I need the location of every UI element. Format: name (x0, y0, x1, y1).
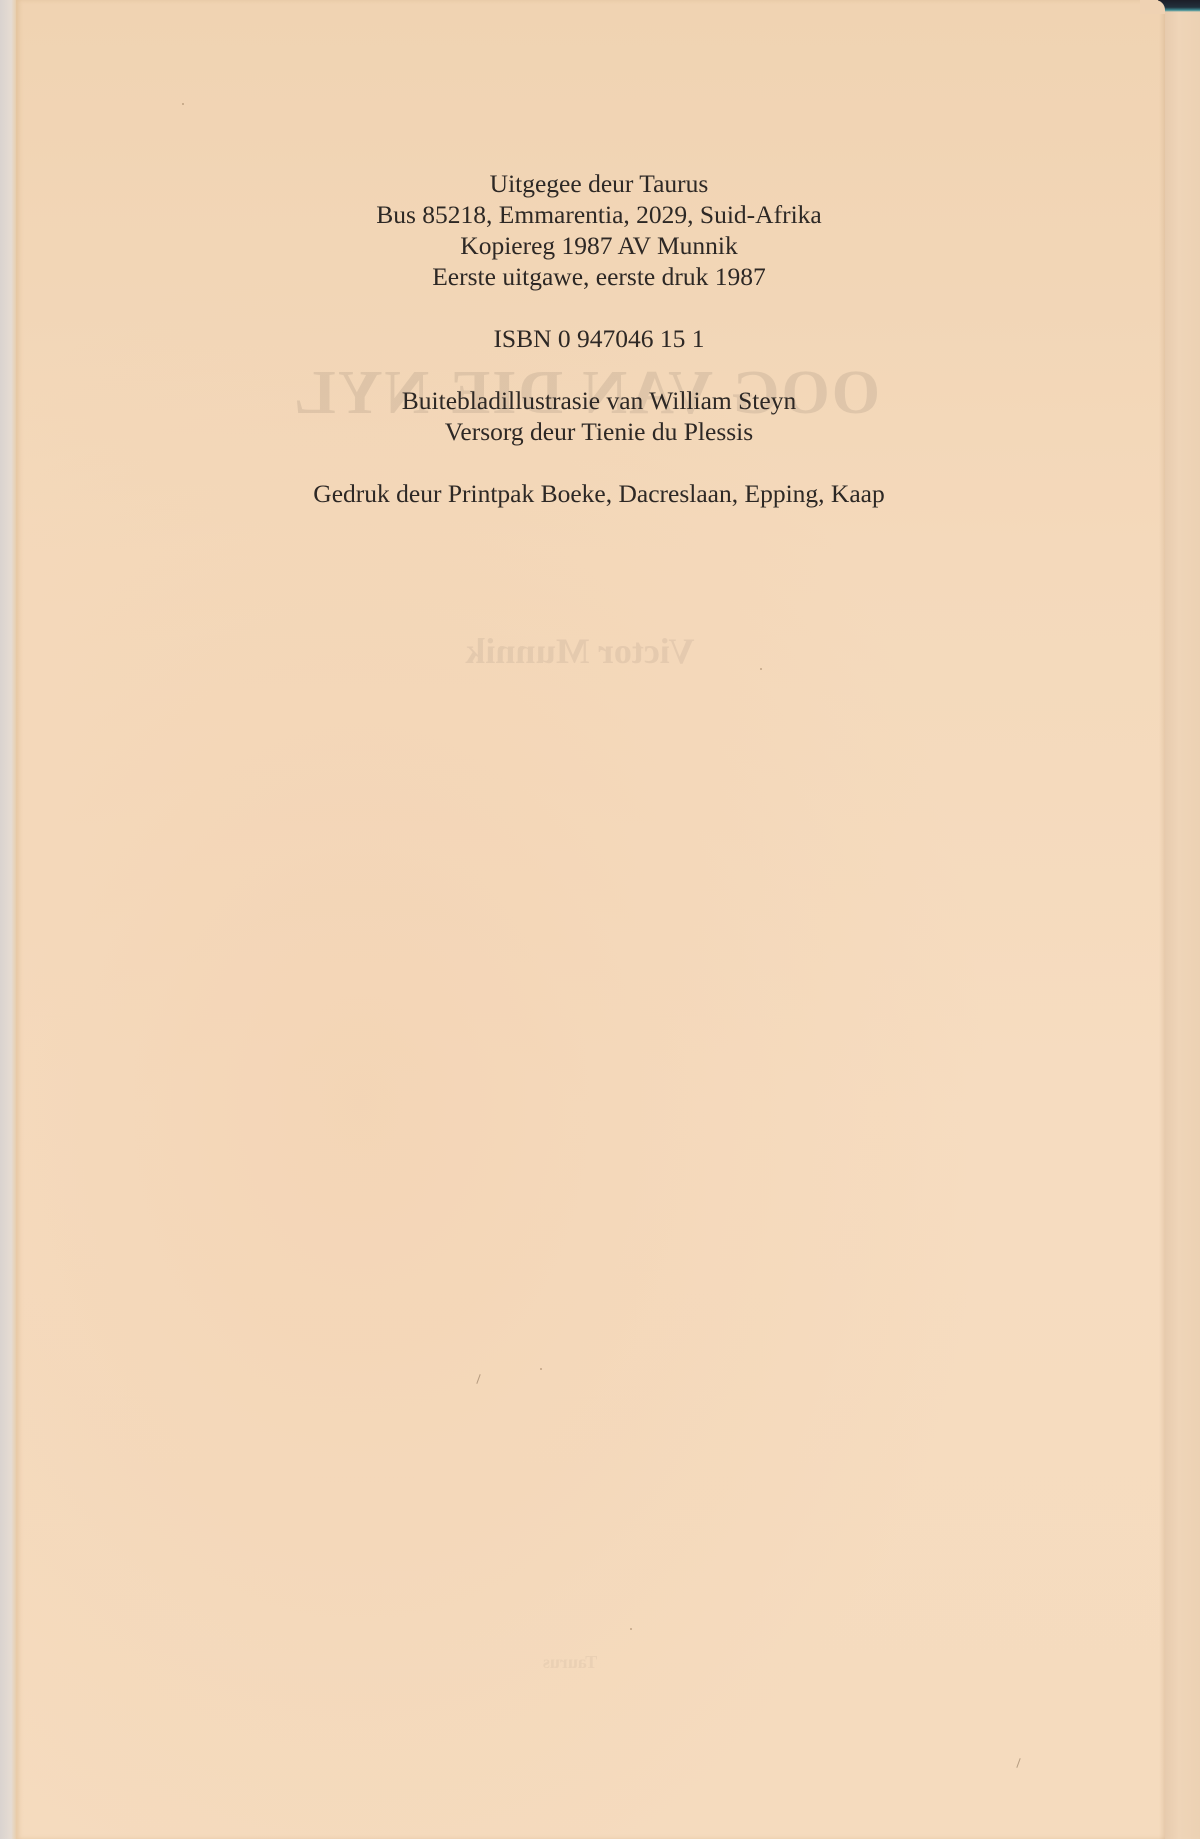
isbn-line: ISBN 0 947046 15 1 (16, 323, 1182, 354)
printer-line: Gedruk deur Printpak Boeke, Dacreslaan, … (16, 478, 1182, 509)
left-page-edge (0, 0, 16, 1839)
imprint-block: Uitgegee deur Taurus Bus 85218, Emmarent… (16, 168, 1182, 509)
spacer (16, 292, 1182, 323)
publisher-line: Uitgegee deur Taurus (16, 168, 1182, 199)
copyright-line: Kopiereg 1987 AV Munnik (16, 230, 1182, 261)
spacer (16, 447, 1182, 478)
edited-by-line: Versorg deur Tienie du Plessis (16, 416, 1182, 447)
paper-speck (760, 668, 762, 670)
cover-illustration-line: Buitebladillustrasie van William Steyn (16, 385, 1182, 416)
address-line: Bus 85218, Emmarentia, 2029, Suid-Afrika (16, 199, 1182, 230)
paper-speck (630, 1628, 632, 1630)
edition-line: Eerste uitgawe, eerste druk 1987 (16, 261, 1182, 292)
paper-speck (540, 1368, 542, 1370)
spacer (16, 354, 1182, 385)
paper-speck (182, 103, 184, 105)
page-corner (1140, 0, 1165, 14)
